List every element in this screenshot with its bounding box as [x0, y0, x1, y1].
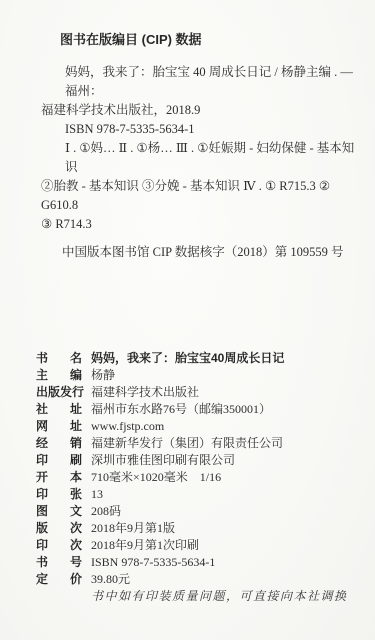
cip-record-line-2: 福建科学技术出版社，2018.9 [41, 101, 361, 120]
row-label: 书名 [36, 350, 82, 367]
colophon-row-sheets: 印张 13 [36, 486, 363, 503]
print-quality-notice: 书中如有印装质量问题，可直接向本社调换 [91, 588, 363, 605]
row-value: 福建科学技术出版社 [91, 384, 199, 401]
colophon-row-price: 定价 39.80元 [36, 571, 363, 588]
row-value: ISBN 978-7-5335-5634-1 [91, 554, 215, 571]
row-value: 208码 [91, 503, 121, 520]
colophon-row-address: 社址 福州市东水路76号（邮编350001） [36, 401, 363, 418]
cip-class-line-2: ②胎教 - 基本知识 ③分娩 - 基本知识 Ⅳ . ① R715.3 ② G61… [41, 177, 361, 215]
cip-class-line-1: Ⅰ . ①妈… Ⅱ . ①杨… Ⅲ . ①妊娠期 - 妇幼保健 - 基本知识 [41, 139, 361, 177]
row-label: 版次 [36, 520, 82, 537]
colophon-row-editor: 主编 杨静 [36, 367, 363, 384]
colophon-row-edition: 版次 2018年9月第1版 [36, 520, 363, 537]
colophon-row-book-title: 书名 妈妈，我来了：胎宝宝40周成长日记 [36, 350, 363, 367]
row-label: 印张 [36, 486, 82, 503]
cip-class-line-3: ③ R714.3 [41, 215, 361, 234]
row-value: 13 [91, 486, 103, 503]
row-label: 定价 [36, 571, 82, 588]
row-label: 书号 [36, 554, 82, 571]
colophon-row-impression: 印次 2018年9月第1次印刷 [36, 537, 363, 554]
book-copyright-page: 图书在版编目 (CIP) 数据 妈妈，我来了：胎宝宝 40 周成长日记 / 杨静… [0, 0, 375, 640]
row-value: www.fjstp.com [91, 418, 164, 435]
row-value: 2018年9月第1版 [91, 520, 175, 537]
row-value: 杨静 [91, 367, 115, 384]
cip-header: 图书在版编目 (CIP) 数据 [60, 33, 375, 47]
colophon-table: 书名 妈妈，我来了：胎宝宝40周成长日记 主编 杨静 出版发行 福建科学技术出版… [36, 350, 363, 605]
colophon-row-website: 网址 www.fjstp.com [36, 418, 363, 435]
row-value: 2018年9月第1次印刷 [91, 537, 199, 554]
cip-isbn-line: ISBN 978-7-5335-5634-1 [41, 120, 361, 139]
row-label: 社址 [36, 401, 82, 418]
row-label: 开本 [36, 469, 82, 486]
colophon-row-pages: 图文 208码 [36, 503, 363, 520]
row-label: 网址 [36, 418, 82, 435]
row-value: 妈妈，我来了：胎宝宝40周成长日记 [91, 350, 284, 367]
colophon-row-publisher: 出版发行 福建科学技术出版社 [36, 384, 363, 401]
row-label: 经销 [36, 435, 82, 452]
row-label: 印刷 [36, 452, 82, 469]
colophon-row-distributor: 经销 福建新华发行（集团）有限责任公司 [36, 435, 363, 452]
cip-record-line-1: 妈妈，我来了：胎宝宝 40 周成长日记 / 杨静主编 . —福州： [41, 63, 361, 101]
row-label: 图文 [36, 503, 82, 520]
row-value: 深圳市雅佳图印刷有限公司 [91, 452, 235, 469]
row-label: 印次 [36, 537, 82, 554]
cip-record-block: 妈妈，我来了：胎宝宝 40 周成长日记 / 杨静主编 . —福州： 福建科学技术… [41, 63, 361, 234]
row-value: 福建新华发行（集团）有限责任公司 [91, 435, 283, 452]
colophon-row-printer: 印刷 深圳市雅佳图印刷有限公司 [36, 452, 363, 469]
colophon-row-format: 开本 710毫米×1020毫米 1/16 [36, 469, 363, 486]
row-value: 39.80元 [91, 571, 130, 588]
row-value: 710毫米×1020毫米 1/16 [91, 469, 221, 486]
row-value: 福州市东水路76号（邮编350001） [91, 401, 271, 418]
cip-registry-number: 中国版本图书馆 CIP 数据核字（2018）第 109559 号 [62, 243, 375, 261]
row-label: 出版发行 [36, 384, 82, 401]
colophon-row-isbn: 书号 ISBN 978-7-5335-5634-1 [36, 554, 363, 571]
row-label: 主编 [36, 367, 82, 384]
